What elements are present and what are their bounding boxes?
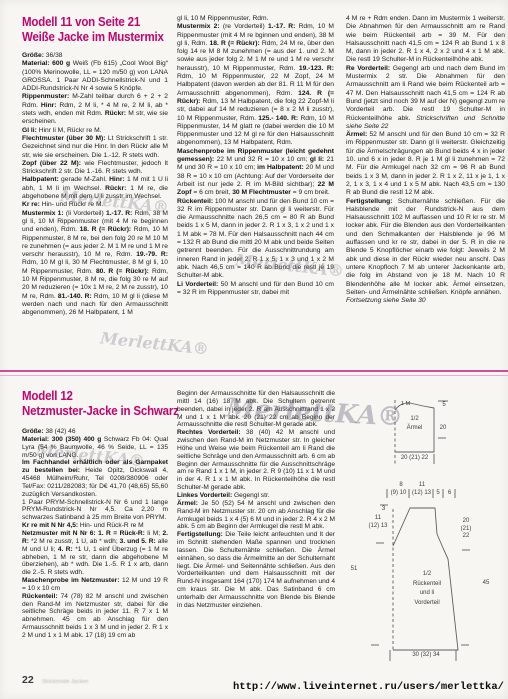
body-top-measure-5: 5: [434, 490, 442, 497]
paragraph: Zopf (über 22 M): wie Flechtmuster, jedo…: [22, 160, 168, 177]
pattern-schematics: 1 M 1/2Ärmel 5 20 20 (21) 22 8 11 (9) 10…: [338, 388, 508, 688]
paragraph: Maschenprobe im Netzmuster: 12 M und 19 …: [22, 577, 168, 593]
model11-title-line2: Weiße Jacke im Mustermix: [22, 30, 164, 45]
page-number: 22: [22, 674, 34, 686]
model12-title-line1: Modell 12: [22, 389, 179, 404]
model11-column-2: gl li, 10 M Rippenmuster, Rdm.Mustermix …: [177, 15, 334, 370]
paragraph: Re Vorderteil: Gegengl arb und nach dem …: [346, 65, 505, 131]
paragraph: Linkes Vorderteil: Gegengl str.: [177, 492, 335, 500]
model12-heading: Modell 12 Netzmuster-Jacke in Schwarz: [22, 389, 179, 418]
paragraph: 4 M re + Rdm enden. Dann im Mustermix 1 …: [346, 15, 505, 65]
paragraph: Halbpatent: gerade M-Zahl. Hinr: 1 M mit…: [22, 176, 168, 201]
body-top-measure-6: 6: [445, 490, 454, 497]
model11-heading: Modell 11 von Seite 21 Weiße Jacke im Mu…: [22, 15, 164, 44]
sleeve-bottom-width: 20 (21) 22: [393, 455, 436, 462]
paragraph: Ärmel: Je 50 (52) 54 M anschl und zwisch…: [177, 500, 335, 531]
sleeve-name: 1/2Ärmel: [395, 415, 434, 432]
paragraph: Mustermix 2: (re Vorderteil) 1.-17. R: R…: [177, 23, 334, 147]
paragraph: Maschenprobe im Rippenmuster (leicht ged…: [177, 148, 334, 198]
paragraph: Kr re: Hin- und Rückr re M.: [22, 201, 168, 209]
model12-column-2: Beginn der Armausschnitte für den Halsau…: [177, 390, 335, 670]
body-right-height-45: 45: [479, 580, 493, 587]
paragraph: Im Fachhandel erhältlich oder als Garnpa…: [22, 459, 168, 498]
paragraph: Flechtmuster (über 30 M): Lt Strickschri…: [22, 135, 168, 160]
paragraph: Mustermix 1: (li Vorderteil) 1.-17. R: R…: [22, 210, 168, 318]
model11-column-3: 4 M re + Rdm enden. Dann im Mustermix 1 …: [346, 15, 505, 370]
body-top-measure-12-13: (12) 13: [411, 490, 432, 497]
model12-title-line2: Netzmuster-Jacke in Schwarz: [22, 404, 179, 419]
paragraph: Li Vorderteil: 50 M anschl und für den B…: [177, 281, 334, 298]
paragraph: Fortsetzung siehe Seite 30: [346, 297, 505, 305]
source-url-text: http://www.liveinternet.ru/users/merlett…: [233, 681, 504, 693]
paragraph: Rückenteil: 74 (78) 82 M anschl und zwis…: [22, 593, 168, 640]
section-separator-line: [0, 370, 508, 372]
body-right-measure-stack: 20(21)22: [457, 518, 475, 541]
paragraph: Fertigstellung: Die Teile leicht anfeuch…: [177, 531, 335, 609]
body-piece-name: 1/2Rückenteilund liVorderteil: [398, 570, 456, 608]
sleeve-cap-height: 5: [440, 402, 448, 409]
body-bottom-width: 30 (32) 34: [402, 652, 450, 659]
paragraph: Netzmuster mit N Nr 6: 1. R = Rück-R: li…: [22, 530, 168, 577]
model12-column-1: Größe: 38 (42) 46Material: 300 (350) 400…: [22, 428, 168, 668]
body-left-measure-11-13: 11(12) 13: [366, 515, 390, 530]
sleeve-side-height: 20: [437, 425, 449, 432]
body-top-measure-9-10: (9) 10: [389, 490, 408, 497]
paragraph: Material: 300 (350) 400 g Schwarz Fb 04:…: [22, 436, 168, 460]
model11-column-1: Größe: 36/38Material: 600 g Weiß (Fb 615…: [22, 52, 168, 370]
model11-title-line1: Modell 11 von Seite 21: [22, 15, 164, 30]
footer-caption: Strickmode Jacken: [42, 679, 88, 685]
paragraph: Fertigstellung: Schulternähte schließen.…: [346, 198, 505, 298]
paragraph: gl li, 10 M Rippenmuster, Rdm.: [177, 15, 334, 23]
paragraph: Ärmel: 52 M anschl und für den Bund 10 c…: [346, 131, 505, 197]
paragraph: Rückenteil: 100 M anschl und für den Bun…: [177, 198, 334, 281]
paragraph: Rippenmuster: M-Zahl teilbar durch 6 + 2…: [22, 93, 168, 126]
paragraph: Rechtes Vorderteil: 38 (40) 42 M anschl …: [177, 429, 335, 492]
schematic-outlines: [338, 388, 508, 688]
magazine-scan-page: Modell 11 von Seite 21 Weiße Jacke im Mu…: [0, 0, 508, 699]
paragraph: Kr re mit N Nr 4,5: Hin- und Rück-R re M: [22, 522, 168, 530]
body-left-measure-3: 3: [379, 506, 388, 513]
paragraph: Beginn der Armausschnitte für den Halsau…: [177, 390, 335, 429]
section-separator-line-light: [0, 375, 508, 376]
body-left-height-51: 51: [348, 566, 360, 573]
paragraph: Material: 600 g Weiß (Fb 615) „Cool Wool…: [22, 60, 168, 93]
body-top-measure-11: 11: [416, 482, 428, 489]
paragraph: 1 Paar PRYM-Schnellstrick-N Nr 6 und 1 l…: [22, 499, 168, 523]
paragraph: Größe: 36/38: [22, 52, 168, 60]
paragraph: Gl li: Hinr li M, Rückr re M.: [22, 127, 168, 135]
paragraph: Größe: 38 (42) 46: [22, 428, 168, 436]
body-top-measure-8: 8: [395, 482, 407, 489]
sleeve-cap-measure: 1 M: [401, 401, 410, 408]
